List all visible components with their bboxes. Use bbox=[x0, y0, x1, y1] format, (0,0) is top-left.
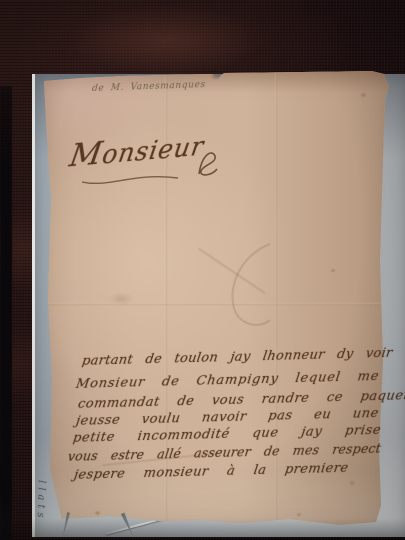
foxing-dot-5 bbox=[348, 480, 356, 486]
ink-showthrough-curve bbox=[200, 238, 290, 338]
smudge bbox=[108, 292, 134, 306]
photograph-of-letter: de M. Vanesmanques Monsieur partant de t… bbox=[0, 0, 405, 540]
paraph-flourish bbox=[192, 146, 222, 180]
foxing-dot-3 bbox=[94, 510, 101, 516]
foxing-dot-1 bbox=[360, 92, 367, 98]
foxing-dot-2 bbox=[330, 268, 336, 273]
salutation-underline-flourish bbox=[82, 170, 182, 188]
shadow-band bbox=[0, 86, 12, 540]
foxing-dot-4 bbox=[296, 512, 302, 517]
margin-inscription: llats bbox=[31, 480, 47, 530]
